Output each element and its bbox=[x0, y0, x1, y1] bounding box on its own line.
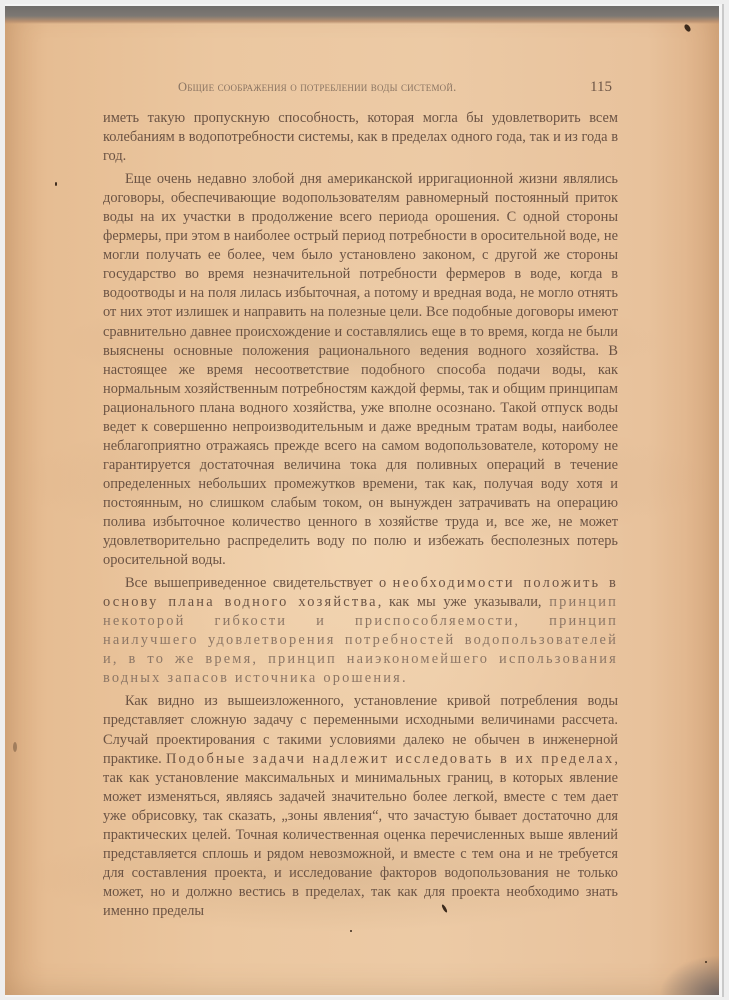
paragraph-4-emphasis: Подобные задачи надлежит исследовать в и… bbox=[166, 751, 614, 767]
running-head: Общие соображения о потреблении воды сис… bbox=[178, 80, 618, 95]
page-corner-shadow bbox=[659, 955, 719, 995]
paragraph-3-text: Все вышеприведенное свидетельствует о bbox=[125, 575, 393, 591]
ink-speck bbox=[683, 23, 692, 32]
ink-speck bbox=[705, 961, 707, 963]
paragraph-3-text-cont: , как мы уже указывали, bbox=[378, 594, 549, 610]
paragraph-2: Еще очень недавно злобой дня американско… bbox=[103, 170, 618, 570]
ink-speck bbox=[350, 930, 352, 932]
ink-speck bbox=[13, 742, 17, 752]
paragraph-4: Как видно из вышеизложенного, установлен… bbox=[103, 692, 618, 921]
paragraph-1: иметь такую пропускную способность, кото… bbox=[103, 109, 618, 166]
page-number: 115 bbox=[590, 79, 612, 96]
body-text: иметь такую пропускную способность, кото… bbox=[103, 109, 618, 921]
paragraph-3: Все вышеприведенное свидетельствует о не… bbox=[103, 574, 618, 688]
page-top-shadow bbox=[5, 6, 719, 24]
book-page: Общие соображения о потреблении воды сис… bbox=[5, 6, 719, 995]
ink-speck bbox=[55, 182, 57, 186]
paragraph-4-text-cont: , так как установление максимальных и ми… bbox=[103, 751, 618, 919]
